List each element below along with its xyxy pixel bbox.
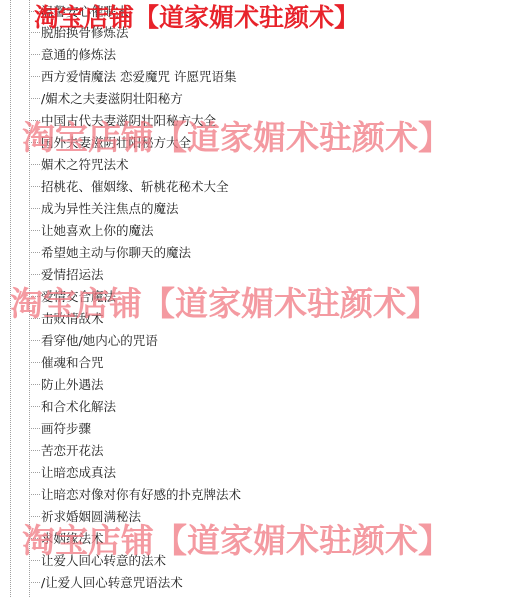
tree-connector bbox=[29, 142, 40, 143]
tree-connector bbox=[29, 450, 40, 451]
tree-connector bbox=[29, 252, 40, 253]
tree-item-label: 求姻缘法术 bbox=[41, 529, 104, 547]
tree-item-label: /让爱人回心转意咒语法术 bbox=[41, 573, 183, 591]
tree-item[interactable]: 西方爱情魔法 恋爱魔咒 许愿咒语集 bbox=[29, 65, 236, 87]
tree-connector bbox=[29, 516, 40, 517]
tree-item-label: 看穿他/她内心的咒语 bbox=[41, 331, 158, 349]
tree-item[interactable]: 温馨安心催眠术 bbox=[29, 0, 129, 22]
tree-item-label: 爱情交合魔法 bbox=[41, 287, 116, 305]
tree-item-label: 爱情招运法 bbox=[41, 265, 104, 283]
tree-item-label: 中国古代夫妻滋阴壮阳秘方大全 bbox=[41, 111, 216, 129]
tree-connector bbox=[29, 472, 40, 473]
tree-item[interactable]: 国外夫妻滋阴壮阳秘方大全 bbox=[29, 131, 191, 153]
tree-item[interactable]: 媚术之符咒法术 bbox=[29, 153, 129, 175]
tree-item[interactable]: 成为异性关注焦点的魔法 bbox=[29, 197, 179, 219]
tree-connector bbox=[29, 318, 40, 319]
tree-connector bbox=[29, 560, 40, 561]
tree-item-label: 成为异性关注焦点的魔法 bbox=[41, 199, 179, 217]
tree-item-label: 温馨安心催眠术 bbox=[41, 2, 129, 20]
tree-connector bbox=[29, 76, 40, 77]
tree-connector bbox=[29, 494, 40, 495]
tree-item-label: 国外夫妻滋阴壮阳秘方大全 bbox=[41, 133, 191, 151]
tree-connector bbox=[29, 98, 40, 99]
tree-item-label: 让爱人回心转意的法术 bbox=[41, 551, 166, 569]
tree-item[interactable]: 让爱人回心转意的法术 bbox=[29, 549, 166, 571]
tree-item-label: 防止外遇法 bbox=[41, 375, 104, 393]
tree-connector bbox=[29, 120, 40, 121]
tree-item-label: 招桃花、催姻缘、斩桃花秘术大全 bbox=[41, 177, 229, 195]
tree-item[interactable]: 祈求婚姻圆满秘法 bbox=[29, 505, 141, 527]
tree-connector bbox=[29, 208, 40, 209]
tree-connector bbox=[29, 32, 40, 33]
tree-item-label: 祈求婚姻圆满秘法 bbox=[41, 507, 141, 525]
tree-item-label: 让她喜欢上你的魔法 bbox=[41, 221, 154, 239]
file-tree: 温馨安心催眠术脱胎换骨修炼法意通的修炼法西方爱情魔法 恋爱魔咒 许愿咒语集/媚术… bbox=[0, 0, 518, 597]
tree-item[interactable]: 让她喜欢上你的魔法 bbox=[29, 219, 154, 241]
tree-connector bbox=[29, 428, 40, 429]
tree-connector bbox=[29, 54, 40, 55]
tree-item-label: 意通的修炼法 bbox=[41, 45, 116, 63]
tree-connector bbox=[29, 406, 40, 407]
tree-item[interactable]: 击败情敌术 bbox=[29, 307, 104, 329]
tree-item[interactable]: 脱胎换骨修炼法 bbox=[29, 21, 129, 43]
tree-connector bbox=[29, 538, 40, 539]
tree-item-label: 媚术之符咒法术 bbox=[41, 155, 129, 173]
tree-item[interactable]: /媚术之夫妻滋阴壮阳秘方 bbox=[29, 87, 183, 109]
tree-item-label: 脱胎换骨修炼法 bbox=[41, 23, 129, 41]
tree-item-label: 画符步骤 bbox=[41, 419, 91, 437]
tree-item[interactable]: 招桃花、催姻缘、斩桃花秘术大全 bbox=[29, 175, 229, 197]
tree-connector bbox=[29, 362, 40, 363]
tree-connector bbox=[29, 340, 40, 341]
tree-item-label: 希望她主动与你聊天的魔法 bbox=[41, 243, 191, 261]
tree-connector bbox=[29, 582, 40, 583]
tree-item[interactable]: 中国古代夫妻滋阴壮阳秘方大全 bbox=[29, 109, 216, 131]
tree-item-label: 和合术化解法 bbox=[41, 397, 116, 415]
tree-item-label: 西方爱情魔法 恋爱魔咒 许愿咒语集 bbox=[41, 67, 236, 85]
tree-item-label: 让暗恋对像对你有好感的扑克牌法术 bbox=[41, 485, 241, 503]
tree-connector bbox=[29, 296, 40, 297]
tree-item[interactable]: 和合术化解法 bbox=[29, 395, 116, 417]
tree-item[interactable]: 催魂和合咒 bbox=[29, 351, 104, 373]
tree-connector bbox=[29, 230, 40, 231]
tree-item[interactable]: 爱情交合魔法 bbox=[29, 285, 116, 307]
tree-item[interactable]: 爱情招运法 bbox=[29, 263, 104, 285]
tree-connector bbox=[29, 384, 40, 385]
tree-item[interactable]: 防止外遇法 bbox=[29, 373, 104, 395]
tree-item[interactable]: 意通的修炼法 bbox=[29, 43, 116, 65]
tree-item[interactable]: /让爱人回心转意咒语法术 bbox=[29, 571, 183, 593]
tree-item[interactable]: 让暗恋成真法 bbox=[29, 461, 116, 483]
tree-item-label: 苦恋开花法 bbox=[41, 441, 104, 459]
tree-connector bbox=[29, 164, 40, 165]
tree-item-label: 催魂和合咒 bbox=[41, 353, 104, 371]
tree-guide-line-outer bbox=[10, 0, 11, 597]
tree-connector bbox=[29, 186, 40, 187]
tree-item-label: /媚术之夫妻滋阴壮阳秘方 bbox=[41, 89, 183, 107]
tree-item[interactable]: 苦恋开花法 bbox=[29, 439, 104, 461]
tree-item[interactable]: 让暗恋对像对你有好感的扑克牌法术 bbox=[29, 483, 241, 505]
tree-connector bbox=[29, 274, 40, 275]
tree-item[interactable]: 求姻缘法术 bbox=[29, 527, 104, 549]
tree-item[interactable]: 看穿他/她内心的咒语 bbox=[29, 329, 158, 351]
tree-item[interactable]: 画符步骤 bbox=[29, 417, 91, 439]
tree-item-label: 让暗恋成真法 bbox=[41, 463, 116, 481]
tree-connector bbox=[29, 11, 40, 12]
tree-item-label: 击败情敌术 bbox=[41, 309, 104, 327]
tree-item[interactable]: 希望她主动与你聊天的魔法 bbox=[29, 241, 191, 263]
